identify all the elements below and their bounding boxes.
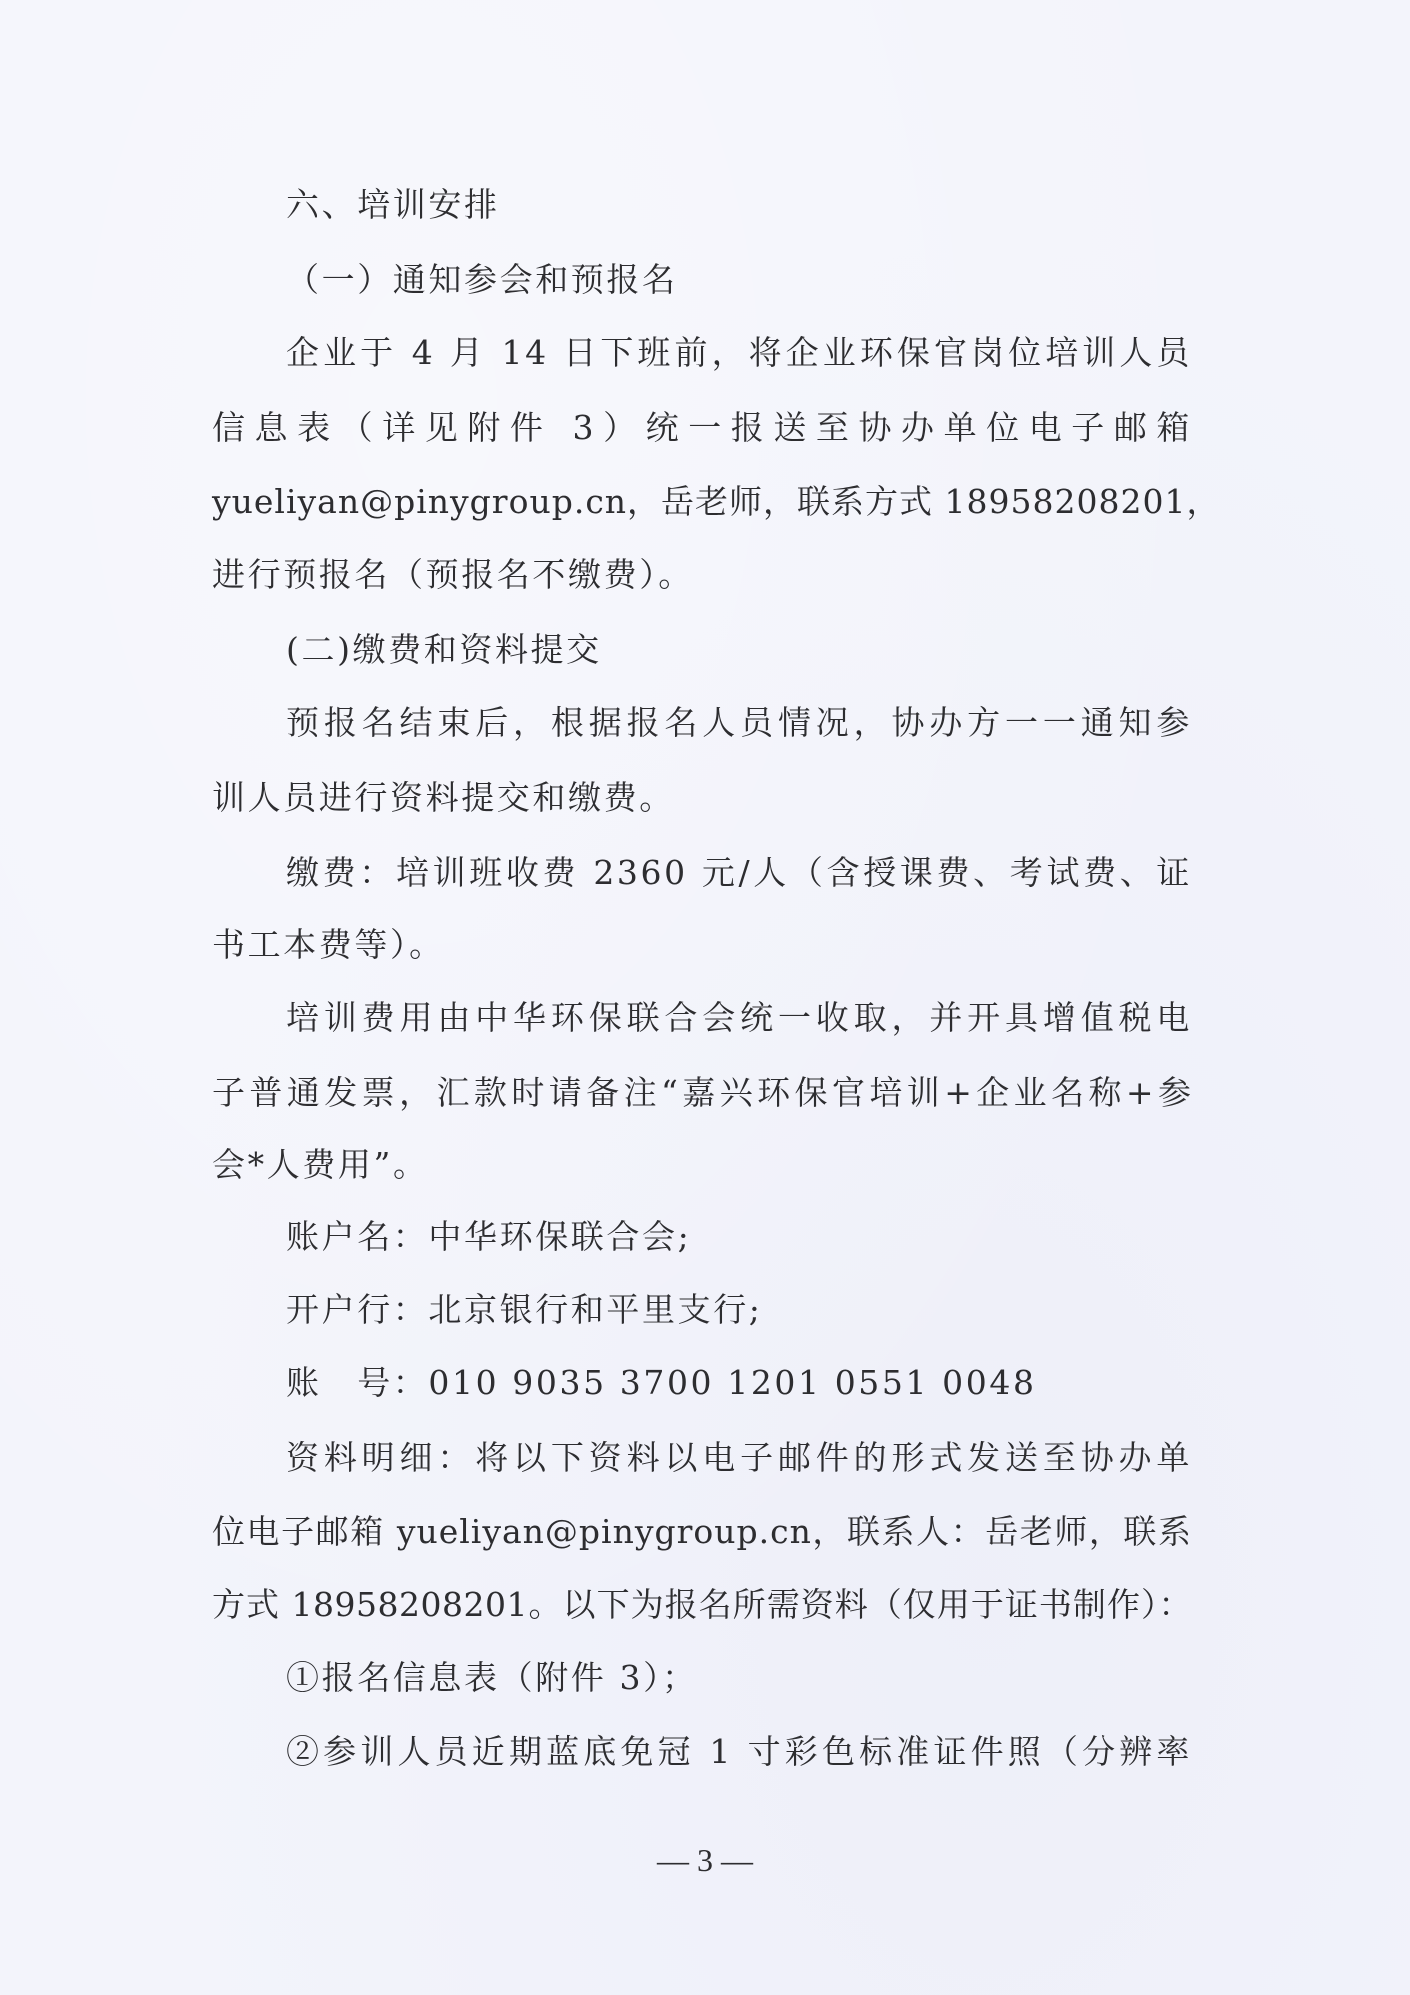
list-item-1: ①报名信息表（附件 3）； bbox=[286, 1654, 1192, 1702]
subsection-heading-1: （一）通知参会和预报名 bbox=[286, 256, 1192, 304]
list-item-2: ②参训人员近期蓝底免冠 1 寸彩色标准证件照（分辨率 bbox=[286, 1728, 1192, 1776]
paragraph-line-email: 位电子邮箱 yueliyan@pinygroup.cn，联系人：岳老师，联系 bbox=[212, 1508, 1192, 1556]
paragraph-line: 进行预报名（预报名不缴费）。 bbox=[212, 551, 1192, 599]
page-number: — 3 — bbox=[0, 1838, 1410, 1882]
fee-line: 缴费：培训班收费 2360 元/人（含授课费、考试费、证 bbox=[286, 849, 1192, 897]
bank-name: 开户行：北京银行和平里支行; bbox=[286, 1286, 1192, 1334]
bank-account-name: 账户名：中华环保联合会; bbox=[286, 1213, 1192, 1261]
paragraph-line: 方式 18958208201。以下为报名所需资料（仅用于证书制作）： bbox=[212, 1581, 1192, 1629]
paragraph-line-email: yueliyan@pinygroup.cn，岳老师，联系方式 189582082… bbox=[212, 478, 1192, 526]
paragraph-line: 培训费用由中华环保联合会统一收取，并开具增值税电 bbox=[286, 994, 1192, 1042]
bank-account-number: 账 号：010 9035 3700 1201 0551 0048 bbox=[286, 1359, 1192, 1407]
section-heading: 六、培训安排 bbox=[286, 181, 1192, 229]
paragraph-line: 资料明细：将以下资料以电子邮件的形式发送至协办单 bbox=[286, 1434, 1192, 1482]
paragraph-line: 子普通发票，汇款时请备注“嘉兴环保官培训+企业名称+参 bbox=[212, 1069, 1192, 1117]
paragraph-line: 预报名结束后，根据报名人员情况，协办方一一通知参 bbox=[286, 699, 1192, 747]
document-page: 六、培训安排 （一）通知参会和预报名 企业于 4 月 14 日下班前，将企业环保… bbox=[0, 0, 1410, 1995]
paragraph-line: 书工本费等）。 bbox=[212, 921, 1192, 969]
paragraph-line: 训人员进行资料提交和缴费。 bbox=[212, 774, 1192, 822]
paragraph-line: 企业于 4 月 14 日下班前，将企业环保官岗位培训人员 bbox=[286, 329, 1192, 377]
subsection-heading-2: (二)缴费和资料提交 bbox=[286, 626, 1192, 674]
paragraph-line: 会*人费用”。 bbox=[212, 1141, 1192, 1189]
paragraph-line: 信息表（详见附件 3）统一报送至协办单位电子邮箱 bbox=[212, 404, 1192, 452]
